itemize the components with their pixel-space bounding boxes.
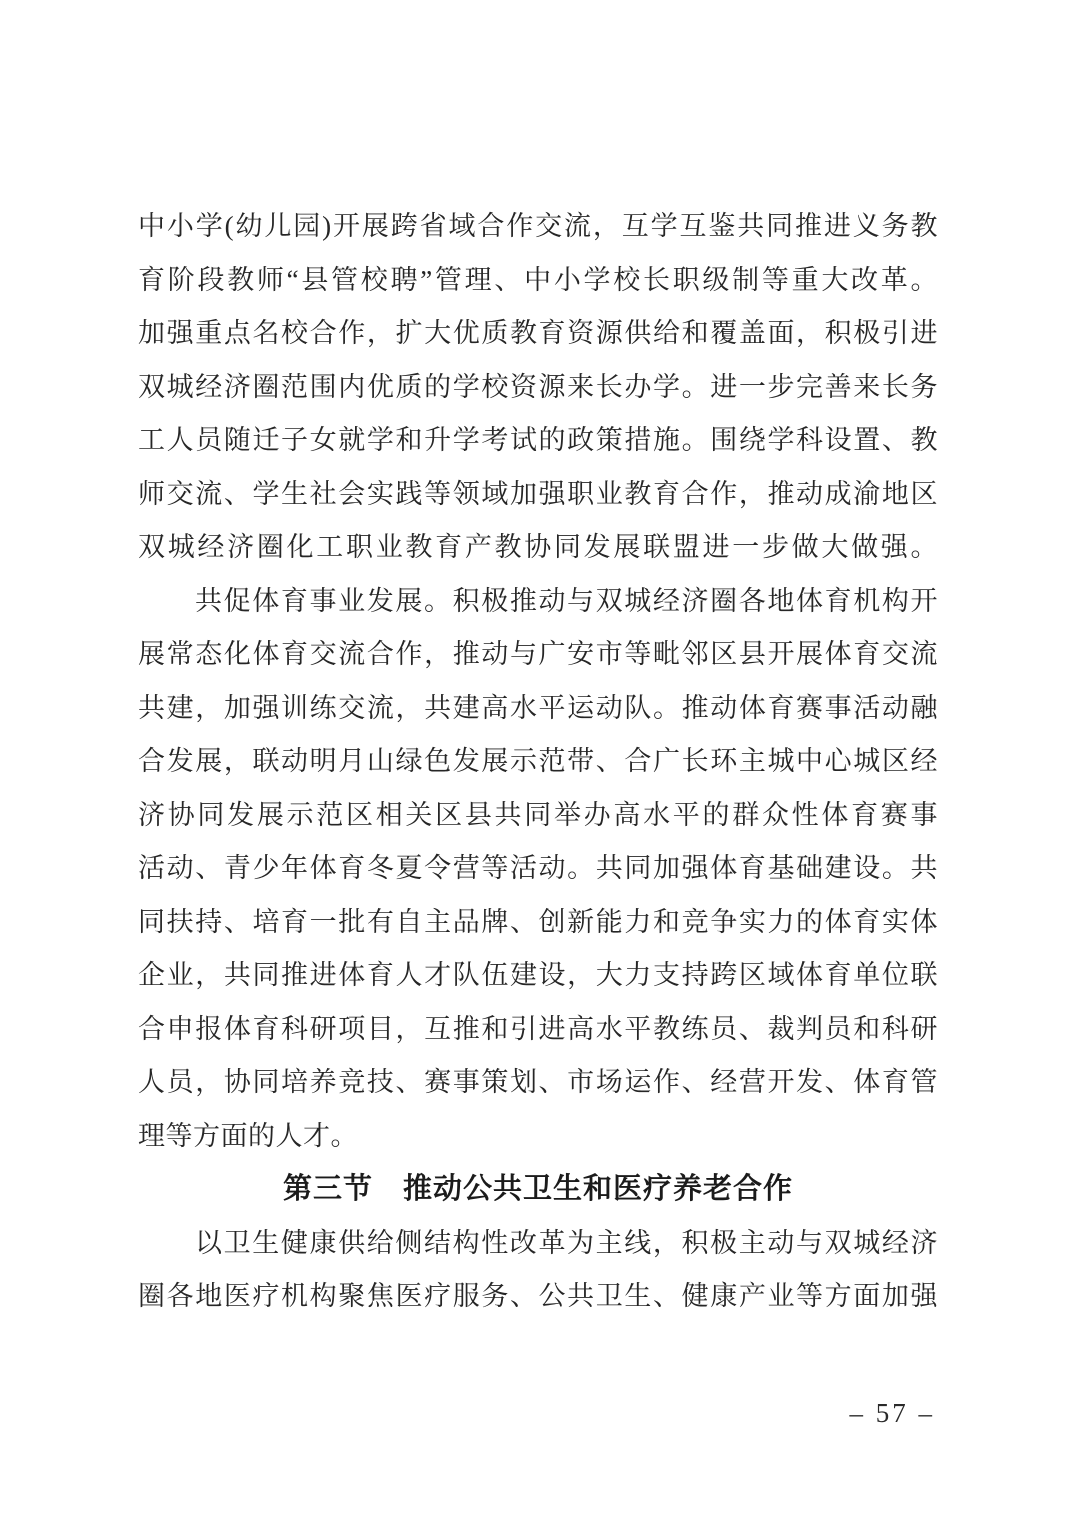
text-line: 济协同发展示范区相关区县共同举办高水平的群众性体育赛事 [138, 789, 938, 843]
text-line: 同扶持、培育一批有自主品牌、创新能力和竞争实力的体育实体 [138, 896, 938, 950]
text-line: 展常态化体育交流合作，推动与广安市等毗邻区县开展体育交流 [138, 628, 938, 682]
text-line: 共促体育事业发展。积极推动与双城经济圈各地体育机构开 [138, 575, 938, 629]
text-line: 中小学(幼儿园)开展跨省域合作交流，互学互鉴共同推进义务教 [138, 200, 938, 254]
text-line: 育阶段教师“县管校聘”管理、中小学校长职级制等重大改革。 [138, 254, 938, 308]
page-number: – 57 – [850, 1398, 936, 1429]
text-line: 以卫生健康供给侧结构性改革为主线，积极主动与双城经济 [138, 1217, 938, 1271]
text-line: 企业，共同推进体育人才队伍建设，大力支持跨区域体育单位联 [138, 949, 938, 1003]
text-line: 理等方面的人才。 [138, 1110, 938, 1164]
document-body: 中小学(幼儿园)开展跨省域合作交流，互学互鉴共同推进义务教育阶段教师“县管校聘”… [138, 200, 938, 1324]
text-line: 合发展，联动明月山绿色发展示范带、合广长环主城中心城区经 [138, 735, 938, 789]
text-line: 合申报体育科研项目，互推和引进高水平教练员、裁判员和科研 [138, 1003, 938, 1057]
text-line: 圈各地医疗机构聚焦医疗服务、公共卫生、健康产业等方面加强 [138, 1270, 938, 1324]
text-line: 人员，协同培养竞技、赛事策划、市场运作、经营开发、体育管 [138, 1056, 938, 1110]
text-line: 加强重点名校合作，扩大优质教育资源供给和覆盖面，积极引进 [138, 307, 938, 361]
section-heading: 第三节 推动公共卫生和医疗养老合作 [138, 1163, 938, 1217]
text-line: 师交流、学生社会实践等领域加强职业教育合作，推动成渝地区 [138, 468, 938, 522]
text-line: 活动、青少年体育冬夏令营等活动。共同加强体育基础建设。共 [138, 842, 938, 896]
document-page: 中小学(幼儿园)开展跨省域合作交流，互学互鉴共同推进义务教育阶段教师“县管校聘”… [0, 0, 1074, 1520]
text-line: 工人员随迁子女就学和升学考试的政策措施。围绕学科设置、教 [138, 414, 938, 468]
text-line: 双城经济圈范围内优质的学校资源来长办学。进一步完善来长务 [138, 361, 938, 415]
text-line: 共建，加强训练交流，共建高水平运动队。推动体育赛事活动融 [138, 682, 938, 736]
text-line: 双城经济圈化工职业教育产教协同发展联盟进一步做大做强。 [138, 521, 938, 575]
